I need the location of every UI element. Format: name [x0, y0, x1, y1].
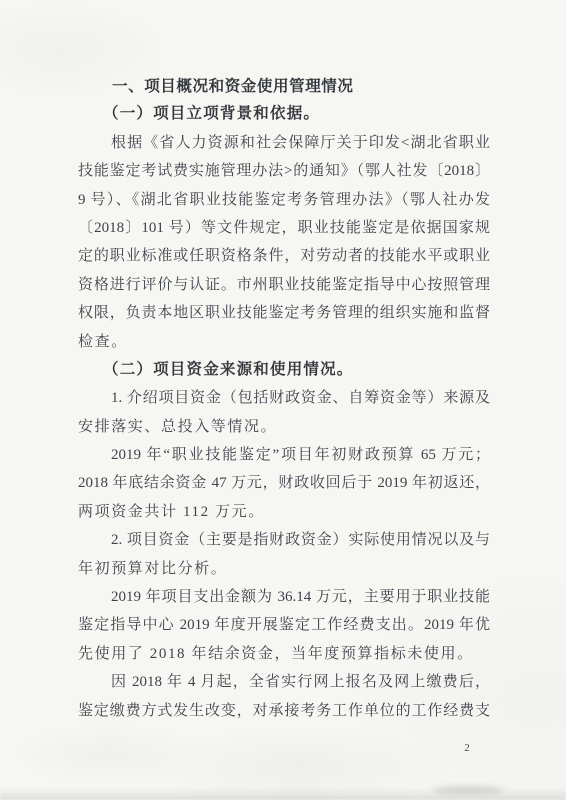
text-line: 2019 年项目支出金额为 36.14 万元，主要用于职业技能 — [78, 583, 490, 611]
document-lines: 一、项目概况和资金使用管理情况（一）项目立项背景和依据。根据《省人力资源和社会保… — [78, 72, 490, 725]
text-line: 2018 年底结余资金 47 万元，财政收回后于 2019 年初返还， — [78, 469, 490, 497]
scanned-document-page: 一、项目概况和资金使用管理情况（一）项目立项背景和依据。根据《省人力资源和社会保… — [0, 0, 566, 800]
text-line: 技能鉴定考试费实施管理办法>的通知》（鄂人社发〔2018〕 — [78, 157, 490, 185]
text-line: 〔2018〕101 号）等文件规定，职业技能鉴定是依据国家规 — [78, 214, 490, 242]
text-line: 先使用了 2018 年结余资金，当年度预算指标未使用。 — [78, 640, 490, 668]
text-line: 检查。 — [78, 328, 490, 356]
text-line: 1. 介绍项目资金（包括财政资金、自筹资金等）来源及 — [78, 384, 490, 412]
text-line: 因 2018 年 4 月起，全省实行网上报名及网上缴费后， — [78, 668, 490, 696]
text-line: 权限，负责本地区职业技能鉴定考务管理的组织实施和监督 — [78, 299, 490, 327]
text-line: 9 号）、《湖北省职业技能鉴定考务管理办法》（鄂人社办发 — [78, 186, 490, 214]
text-line: 根据《省人力资源和社会保障厅关于印发<湖北省职业 — [78, 129, 490, 157]
text-line: （二）项目资金来源和使用情况。 — [78, 356, 490, 384]
text-line: （一）项目立项背景和依据。 — [78, 100, 490, 128]
text-line: 资格进行评价与认证。市州职业技能鉴定指导中心按照管理 — [78, 271, 490, 299]
text-line: 2019 年“职业技能鉴定”项目年初财政预算 65 万元； — [78, 441, 490, 469]
text-line: 年初预算对比分析。 — [78, 555, 490, 583]
text-line: 两项资金共计 112 万元。 — [78, 498, 490, 526]
text-line: 一、项目概况和资金使用管理情况 — [78, 72, 490, 100]
text-line: 定的职业标准或任职资格条件，对劳动者的技能水平或职业 — [78, 242, 490, 270]
text-line: 2. 项目资金（主要是指财政资金）实际使用情况以及与 — [78, 526, 490, 554]
text-line: 鉴定指导中心 2019 年度开展鉴定工作经费支出。2019 年优 — [78, 611, 490, 639]
text-line: 安排落实、总投入等情况。 — [78, 413, 490, 441]
scan-bottom-shadow — [0, 787, 566, 800]
text-line: 鉴定缴费方式发生改变，对承接考务工作单位的工作经费支 — [78, 697, 490, 725]
page-number: 2 — [460, 741, 474, 755]
